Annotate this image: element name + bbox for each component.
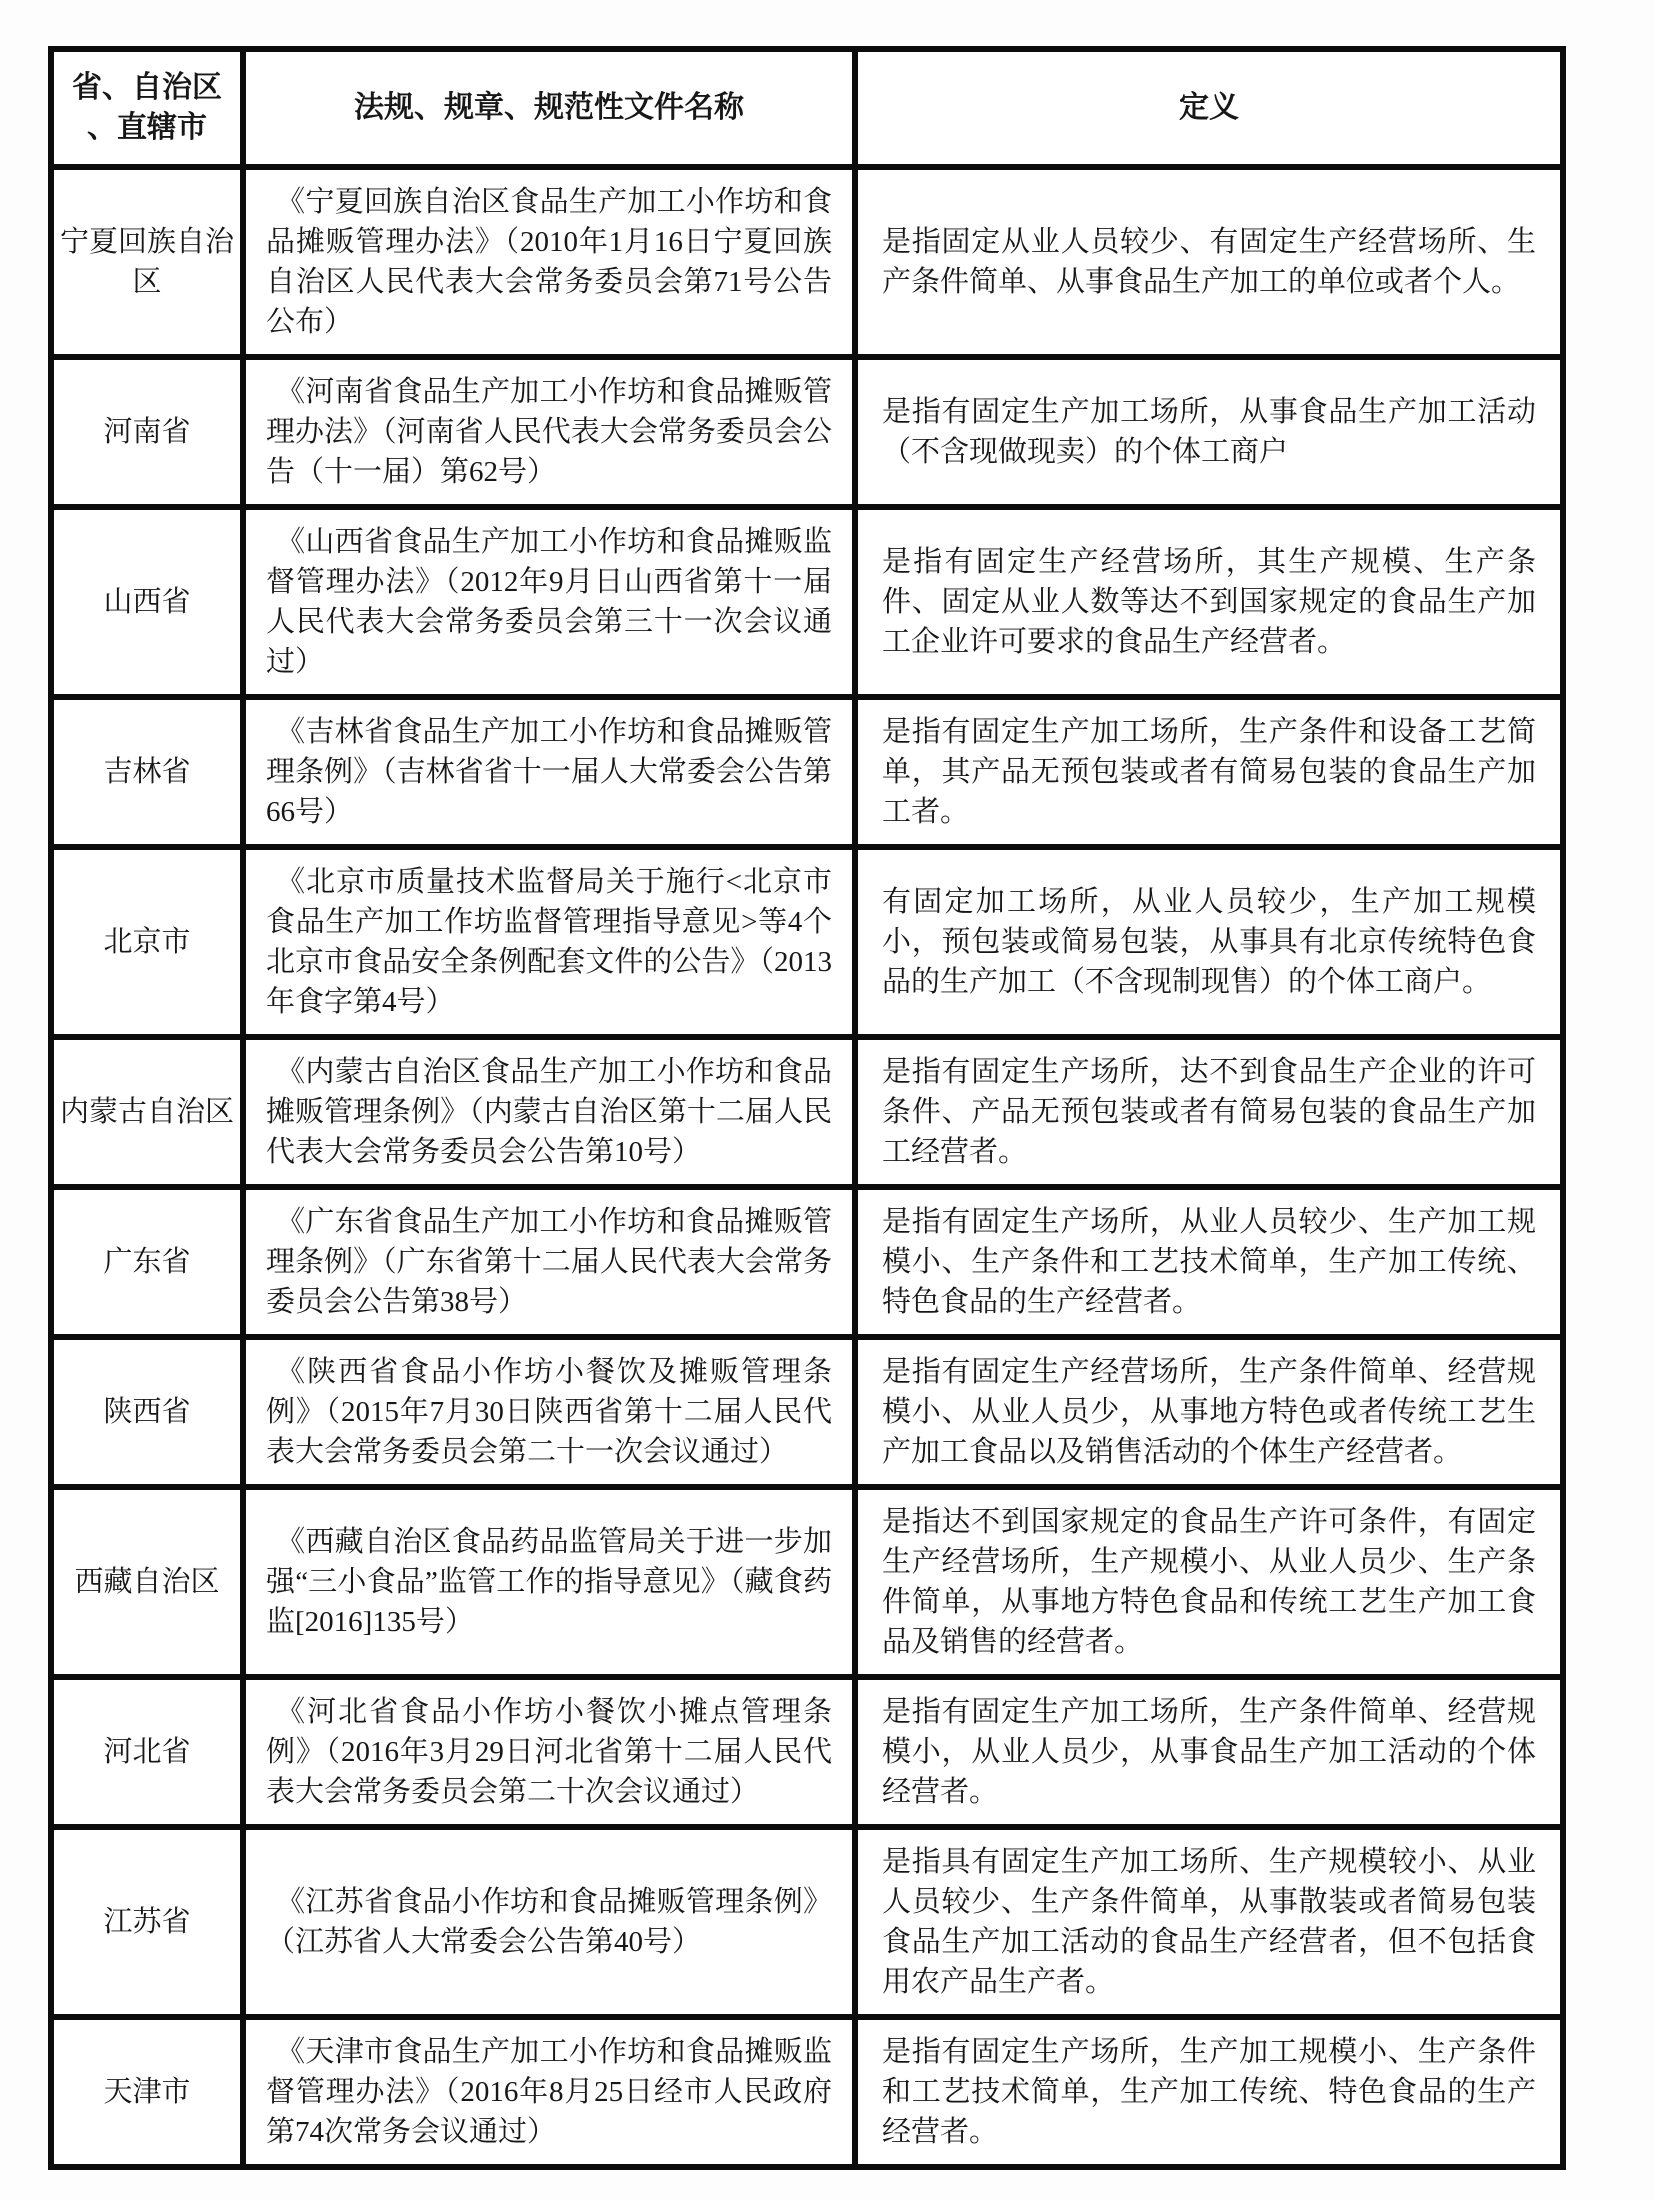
col-header-definition: 定义 <box>855 49 1563 167</box>
definition-cell: 是指有固定生产加工场所，从事食品生产加工活动（不含现做现卖）的个体工商户 <box>855 357 1563 507</box>
definition-cell: 是指有固定生产经营场所，生产条件简单、经营规模小、从业人员少，从事地方特色或者传… <box>855 1337 1563 1487</box>
table-row: 河北省 《河北省食品小作坊小餐饮小摊点管理条例》（2016年3月29日河北省第十… <box>51 1677 1563 1827</box>
document-cell: 《宁夏回族自治区食品生产加工小作坊和食品摊贩管理办法》（2010年1月16日宁夏… <box>243 167 855 357</box>
region-cell: 宁夏回族自治区 <box>51 167 243 357</box>
definition-cell: 是指有固定生产加工场所，生产条件简单、经营规模小，从业人员少，从事食品生产加工活… <box>855 1677 1563 1827</box>
col-header-document: 法规、规章、规范性文件名称 <box>243 49 855 167</box>
regulations-table: 省、自治区 、直辖市 法规、规章、规范性文件名称 定义 宁夏回族自治区 《宁夏回… <box>48 46 1566 2170</box>
document-cell: 《吉林省食品生产加工小作坊和食品摊贩管理条例》（吉林省省十一届人大常委会公告第6… <box>243 697 855 847</box>
document-cell: 《河南省食品生产加工小作坊和食品摊贩管理办法》（河南省人民代表大会常务委员会公告… <box>243 357 855 507</box>
region-cell: 河南省 <box>51 357 243 507</box>
table-row: 内蒙古自治区 《内蒙古自治区食品生产加工小作坊和食品摊贩管理条例》（内蒙古自治区… <box>51 1037 1563 1187</box>
table-row: 河南省 《河南省食品生产加工小作坊和食品摊贩管理办法》（河南省人民代表大会常务委… <box>51 357 1563 507</box>
region-cell: 山西省 <box>51 507 243 697</box>
table-row: 宁夏回族自治区 《宁夏回族自治区食品生产加工小作坊和食品摊贩管理办法》（2010… <box>51 167 1563 357</box>
region-cell: 天津市 <box>51 2017 243 2167</box>
table-row: 陕西省 《陕西省食品小作坊小餐饮及摊贩管理条例》（2015年7月30日陕西省第十… <box>51 1337 1563 1487</box>
document-cell: 《内蒙古自治区食品生产加工小作坊和食品摊贩管理条例》（内蒙古自治区第十二届人民代… <box>243 1037 855 1187</box>
region-cell: 内蒙古自治区 <box>51 1037 243 1187</box>
definition-cell: 是指有固定生产场所，达不到食品生产企业的许可条件、产品无预包装或者有简易包装的食… <box>855 1037 1563 1187</box>
table-row: 广东省 《广东省食品生产加工小作坊和食品摊贩管理条例》（广东省第十二届人民代表大… <box>51 1187 1563 1337</box>
table-row: 西藏自治区 《西藏自治区食品药品监管局关于进一步加强“三小食品”监管工作的指导意… <box>51 1487 1563 1677</box>
definition-cell: 是指有固定生产经营场所，其生产规模、生产条件、固定从业人数等达不到国家规定的食品… <box>855 507 1563 697</box>
region-cell: 北京市 <box>51 847 243 1037</box>
region-cell: 陕西省 <box>51 1337 243 1487</box>
region-cell: 西藏自治区 <box>51 1487 243 1677</box>
definition-cell: 是指固定从业人员较少、有固定生产经营场所、生产条件简单、从事食品生产加工的单位或… <box>855 167 1563 357</box>
definition-cell: 是指达不到国家规定的食品生产许可条件，有固定生产经营场所，生产规模小、从业人员少… <box>855 1487 1563 1677</box>
region-cell: 吉林省 <box>51 697 243 847</box>
definition-cell: 是指有固定生产场所，从业人员较少、生产加工规模小、生产条件和工艺技术简单，生产加… <box>855 1187 1563 1337</box>
document-cell: 《天津市食品生产加工小作坊和食品摊贩监督管理办法》（2016年8月25日经市人民… <box>243 2017 855 2167</box>
table-row: 北京市 《北京市质量技术监督局关于施行<北京市食品生产加工作坊监督管理指导意见>… <box>51 847 1563 1037</box>
document-cell: 《陕西省食品小作坊小餐饮及摊贩管理条例》（2015年7月30日陕西省第十二届人民… <box>243 1337 855 1487</box>
document-cell: 《山西省食品生产加工小作坊和食品摊贩监督管理办法》（2012年9月日山西省第十一… <box>243 507 855 697</box>
region-cell: 广东省 <box>51 1187 243 1337</box>
definition-cell: 是指有固定生产加工场所，生产条件和设备工艺简单，其产品无预包装或者有简易包装的食… <box>855 697 1563 847</box>
definition-cell: 有固定加工场所，从业人员较少，生产加工规模小，预包装或简易包装，从事具有北京传统… <box>855 847 1563 1037</box>
document-cell: 《河北省食品小作坊小餐饮小摊点管理条例》（2016年3月29日河北省第十二届人民… <box>243 1677 855 1827</box>
table-row: 吉林省 《吉林省食品生产加工小作坊和食品摊贩管理条例》（吉林省省十一届人大常委会… <box>51 697 1563 847</box>
header-row: 省、自治区 、直辖市 法规、规章、规范性文件名称 定义 <box>51 49 1563 167</box>
region-cell: 江苏省 <box>51 1827 243 2017</box>
definition-cell: 是指有固定生产场所，生产加工规模小、生产条件和工艺技术简单，生产加工传统、特色食… <box>855 2017 1563 2167</box>
col-header-region: 省、自治区 、直辖市 <box>51 49 243 167</box>
definition-cell: 是指具有固定生产加工场所、生产规模较小、从业人员较少、生产条件简单，从事散装或者… <box>855 1827 1563 2017</box>
table-row: 山西省 《山西省食品生产加工小作坊和食品摊贩监督管理办法》（2012年9月日山西… <box>51 507 1563 697</box>
document-cell: 《北京市质量技术监督局关于施行<北京市食品生产加工作坊监督管理指导意见>等4个北… <box>243 847 855 1037</box>
document-cell: 《广东省食品生产加工小作坊和食品摊贩管理条例》（广东省第十二届人民代表大会常务委… <box>243 1187 855 1337</box>
region-cell: 河北省 <box>51 1677 243 1827</box>
table-row: 天津市 《天津市食品生产加工小作坊和食品摊贩监督管理办法》（2016年8月25日… <box>51 2017 1563 2167</box>
document-cell: 《西藏自治区食品药品监管局关于进一步加强“三小食品”监管工作的指导意见》（藏食药… <box>243 1487 855 1677</box>
table-row: 江苏省 《江苏省食品小作坊和食品摊贩管理条例》（江苏省人大常委会公告第40号） … <box>51 1827 1563 2017</box>
document-cell: 《江苏省食品小作坊和食品摊贩管理条例》（江苏省人大常委会公告第40号） <box>243 1827 855 2017</box>
document-page: 省、自治区 、直辖市 法规、规章、规范性文件名称 定义 宁夏回族自治区 《宁夏回… <box>0 0 1654 2200</box>
